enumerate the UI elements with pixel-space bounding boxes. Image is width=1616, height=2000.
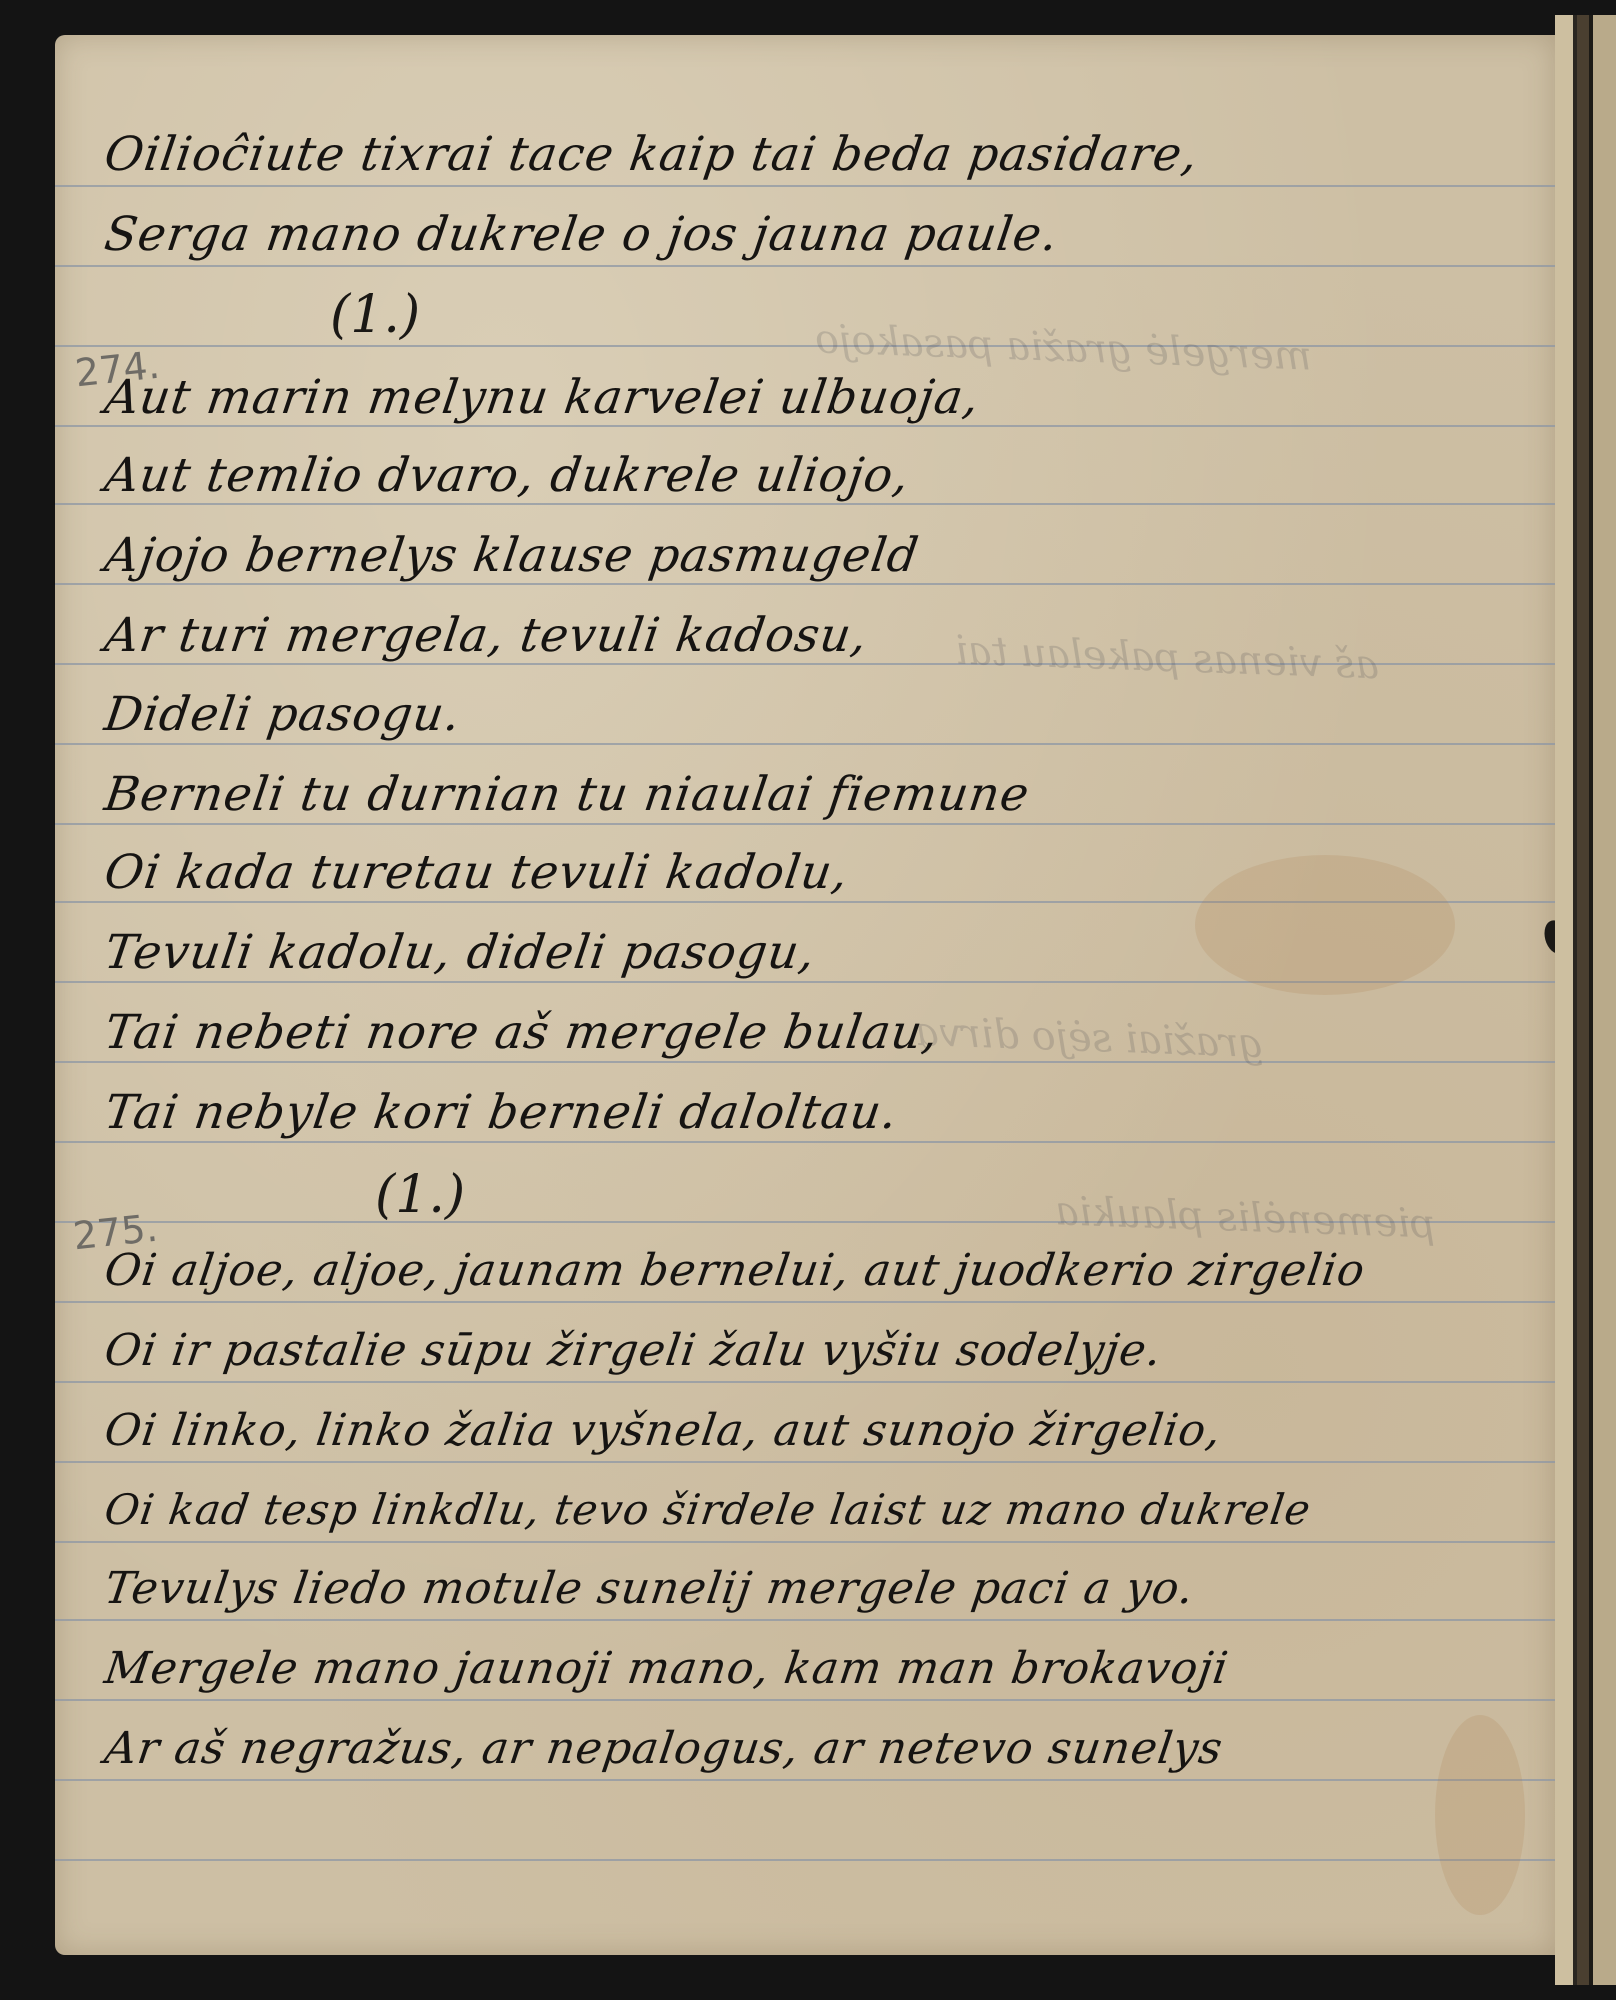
text-line: Ar aš negražus, ar nepalogus, ar netevo … xyxy=(101,1723,1226,1774)
ruled-line xyxy=(55,823,1555,825)
ruled-line xyxy=(55,1619,1555,1621)
text-line: Oi ir pastalie sūpu žirgeli žalu vyšiu s… xyxy=(101,1325,1165,1376)
paper-stain xyxy=(1195,855,1455,995)
text-line: Oilioĉiute tixrai tace kaip tai beda pas… xyxy=(101,127,1202,182)
ruled-line xyxy=(55,1541,1555,1543)
page-edge xyxy=(1555,15,1573,1985)
text-line: Ajojo bernelys klause pasmugeld xyxy=(101,528,922,583)
ruled-line xyxy=(55,1779,1555,1781)
text-line: Tevulys liedo motule sunelij mergele pac… xyxy=(101,1563,1197,1614)
ruled-line xyxy=(55,1461,1555,1463)
ruled-line xyxy=(55,663,1555,665)
ruled-line xyxy=(55,1699,1555,1701)
text-line: Tai nebeti nore aš mergele bulau, xyxy=(101,1005,942,1060)
ruled-line xyxy=(55,1061,1555,1063)
paper-stain xyxy=(1435,1715,1525,1915)
ruled-line xyxy=(55,1859,1555,1861)
ruled-line xyxy=(55,425,1555,427)
ruled-line xyxy=(55,345,1555,347)
binding-gutter xyxy=(1577,15,1589,1985)
text-line: Mergele mano jaunoji mano, kam man broka… xyxy=(101,1643,1231,1694)
adjacent-page-edge xyxy=(1593,15,1616,1985)
bleed-through-text: piemenėlis plaukia xyxy=(1054,1188,1436,1247)
ruled-line xyxy=(55,1141,1555,1143)
ink-blot xyxy=(1541,918,1555,957)
text-line: Aut temlio dvaro, dukrele uliojo, xyxy=(101,448,913,503)
text-line: Tai nebyle kori berneli daloltau. xyxy=(101,1085,901,1140)
manuscript-page: mergelė gražia pasakojo aš vienas pakela… xyxy=(55,35,1555,1955)
ruled-line xyxy=(55,1301,1555,1303)
ruled-line xyxy=(55,743,1555,745)
text-line: Dideli pasogu. xyxy=(101,687,464,742)
text-line: Ar turi mergela, tevuli kadosu, xyxy=(101,608,871,663)
text-line: Berneli tu durnian tu niaulai fiemune xyxy=(101,767,1033,822)
text-line: Oi kad tesp linkdlu, tevo širdele laist … xyxy=(102,1485,1315,1534)
ruled-line xyxy=(55,185,1555,187)
text-line: Oi linko, linko žalia vyšnela, aut sunoj… xyxy=(101,1405,1224,1456)
ruled-line xyxy=(55,503,1555,505)
text-line: Serga mano dukrele o jos jauna paule. xyxy=(101,207,1062,262)
text-line: Oi aljoe, aljoe, jaunam bernelui, aut ju… xyxy=(101,1245,1368,1296)
ruled-line xyxy=(55,583,1555,585)
ruled-line xyxy=(55,265,1555,267)
ruled-line xyxy=(55,1221,1555,1223)
stanza-marker: (1.) xyxy=(330,285,420,345)
text-line: Aut marin melynu karvelei ulbuoja, xyxy=(101,370,983,425)
stanza-marker: (1.) xyxy=(375,1165,465,1225)
ruled-line xyxy=(55,1381,1555,1383)
text-line: Oi kada turetau tevuli kadolu, xyxy=(101,845,852,900)
bleed-through-text: aš vienas pakelau tai xyxy=(954,628,1380,689)
text-line: Tevuli kadolu, dideli pasogu, xyxy=(101,925,819,980)
bleed-through-text: gražiai sėjo dirvą xyxy=(914,1009,1265,1067)
